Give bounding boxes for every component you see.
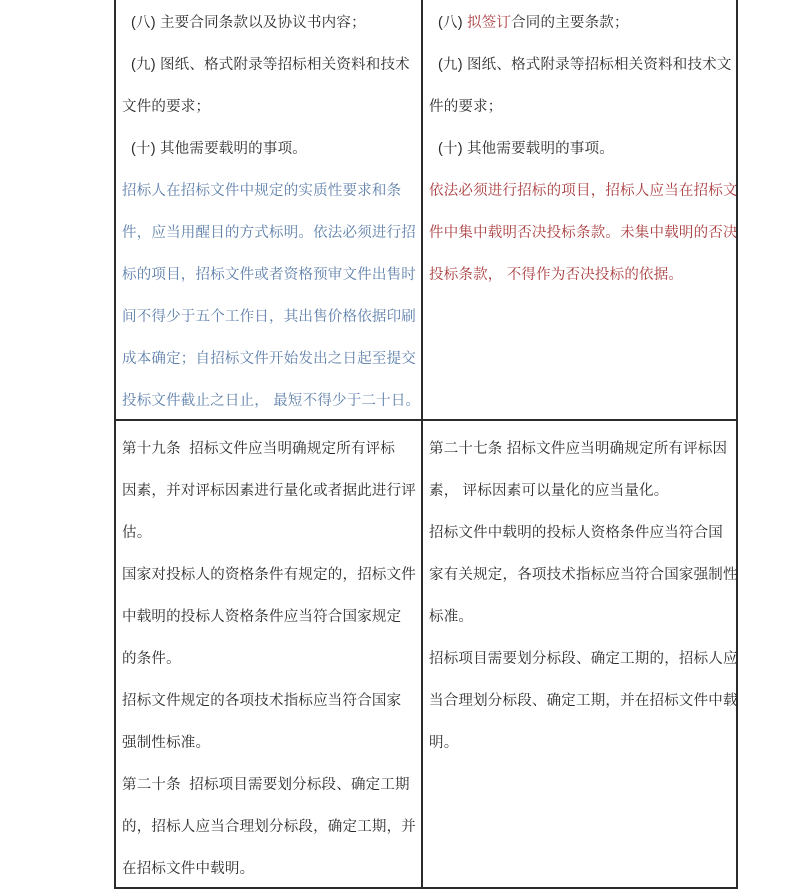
text-segment: (八) <box>438 11 467 32</box>
text-line: 招标人在招标文件中规定的实质性要求和条 <box>122 168 417 210</box>
text-line: 标准。 <box>429 594 732 636</box>
table-cell-right-row2: 第二十七条 招标文件应当明确规定所有评标因素， 评标因素可以量化的应当量化。招标… <box>423 421 736 888</box>
text-line: 文件的要求； <box>122 84 417 126</box>
text-line: 投标条款， 不得作为否决投标的依据。 <box>429 252 732 294</box>
text-segment: 文件的要求； <box>122 95 210 116</box>
text-segment: 当合理划分标段、确定工期，并在招标文件中载 <box>429 689 736 710</box>
text-segment: 招标文件规定的各项技术指标应当符合国家 <box>122 689 401 710</box>
text-line: 件的要求； <box>429 84 732 126</box>
text-line: (九) 图纸、格式附录等招标相关资料和技术文 <box>429 42 732 84</box>
table-cell-left-row1: (八) 主要合同条款以及协议书内容；(九) 图纸、格式附录等招标相关资料和技术文… <box>116 0 423 419</box>
text-line: 招标项目需要划分标段、确定工期的，招标人应 <box>429 636 732 678</box>
text-segment: 合同的主要条款； <box>511 11 629 32</box>
text-line: 第二十七条 招标文件应当明确规定所有评标因 <box>429 426 732 468</box>
text-segment: 件，应当用醒目的方式标明。依法必须进行招 <box>122 221 416 242</box>
text-segment: 第二十条 招标项目需要划分标段、确定工期 <box>122 773 410 794</box>
text-segment: 估。 <box>122 521 151 542</box>
text-line: 强制性标准。 <box>122 720 417 762</box>
table-cell-right-row1: (八) 拟签订合同的主要条款；(九) 图纸、格式附录等招标相关资料和技术文件的要… <box>423 0 736 419</box>
text-segment: 件的要求； <box>429 95 503 116</box>
text-segment: 第二十七条 招标文件应当明确规定所有评标因 <box>429 437 727 458</box>
text-segment: 的条件。 <box>122 647 181 668</box>
text-line: 投标文件截止之日止， 最短不得少于二十日。 <box>122 378 417 419</box>
comparison-table: (八) 主要合同条款以及协议书内容；(九) 图纸、格式附录等招标相关资料和技术文… <box>114 0 738 889</box>
text-line: 在招标文件中载明。 <box>122 846 417 888</box>
text-segment: 因素，并对评标因素进行量化或者据此进行评 <box>122 479 416 500</box>
text-segment: 中载明的投标人资格条件应当符合国家规定 <box>122 605 401 626</box>
text-line: 依法必须进行招标的项目，招标人应当在招标文 <box>429 168 732 210</box>
text-line: 素， 评标因素可以量化的应当量化。 <box>429 468 732 510</box>
text-line: 间不得少于五个工作日，其出售价格依据印刷 <box>122 294 417 336</box>
text-line: 国家对投标人的资格条件有规定的，招标文件 <box>122 552 417 594</box>
text-segment: 素， 评标因素可以量化的应当量化。 <box>429 479 668 500</box>
text-segment: (九) 图纸、格式附录等招标相关资料和技术 <box>131 53 410 74</box>
text-segment: 的，招标人应当合理划分标段，确定工期，并 <box>122 815 416 836</box>
text-line: 明。 <box>429 720 732 762</box>
text-segment: 投标文件截止之日止， 最短不得少于二十日。 <box>122 389 420 410</box>
text-line: 的，招标人应当合理划分标段，确定工期，并 <box>122 804 417 846</box>
table-row: 第十九条 招标文件应当明确规定所有评标因素，并对评标因素进行量化或者据此进行评估… <box>116 421 736 888</box>
text-line: 标的项目，招标文件或者资格预审文件出售时 <box>122 252 417 294</box>
text-line: 因素，并对评标因素进行量化或者据此进行评 <box>122 468 417 510</box>
text-line: 件，应当用醒目的方式标明。依法必须进行招 <box>122 210 417 252</box>
text-line: (十) 其他需要载明的事项。 <box>429 126 732 168</box>
text-segment: 招标项目需要划分标段、确定工期的，招标人应 <box>429 647 736 668</box>
text-line: 件中集中载明否决投标条款。未集中载明的否决 <box>429 210 732 252</box>
text-segment: 明。 <box>429 731 458 752</box>
text-line: 成本确定；自招标文件开始发出之日起至提交 <box>122 336 417 378</box>
text-segment: 件中集中载明否决投标条款。未集中载明的否决 <box>429 221 736 242</box>
text-segment: 国家对投标人的资格条件有规定的，招标文件 <box>122 563 416 584</box>
text-line: 当合理划分标段、确定工期，并在招标文件中载 <box>429 678 732 720</box>
text-line: 估。 <box>122 510 417 552</box>
text-line: 中载明的投标人资格条件应当符合国家规定 <box>122 594 417 636</box>
text-line: (八) 主要合同条款以及协议书内容； <box>122 0 417 42</box>
text-segment: (十) 其他需要载明的事项。 <box>131 137 307 158</box>
text-segment: (八) 主要合同条款以及协议书内容； <box>131 11 366 32</box>
text-segment: 依法必须进行招标的项目，招标人应当在招标文 <box>429 179 736 200</box>
text-segment: 强制性标准。 <box>122 731 210 752</box>
table-row: (八) 主要合同条款以及协议书内容；(九) 图纸、格式附录等招标相关资料和技术文… <box>116 0 736 421</box>
text-segment: 间不得少于五个工作日，其出售价格依据印刷 <box>122 305 416 326</box>
text-segment: 投标条款， 不得作为否决投标的依据。 <box>429 263 683 284</box>
text-segment: 标的项目，招标文件或者资格预审文件出售时 <box>122 263 416 284</box>
text-segment: 招标人在招标文件中规定的实质性要求和条 <box>122 179 401 200</box>
document-page: (八) 主要合同条款以及协议书内容；(九) 图纸、格式附录等招标相关资料和技术文… <box>0 0 800 896</box>
text-line: 第十九条 招标文件应当明确规定所有评标 <box>122 426 417 468</box>
text-line: 的条件。 <box>122 636 417 678</box>
text-line: (九) 图纸、格式附录等招标相关资料和技术 <box>122 42 417 84</box>
text-segment: 在招标文件中载明。 <box>122 857 254 878</box>
text-segment: 成本确定；自招标文件开始发出之日起至提交 <box>122 347 416 368</box>
text-segment: (九) 图纸、格式附录等招标相关资料和技术文 <box>438 53 732 74</box>
text-segment: 家有关规定，各项技术指标应当符合国家强制性 <box>429 563 736 584</box>
text-line: 第二十条 招标项目需要划分标段、确定工期 <box>122 762 417 804</box>
text-segment: (十) 其他需要载明的事项。 <box>438 137 614 158</box>
text-line: 招标文件规定的各项技术指标应当符合国家 <box>122 678 417 720</box>
text-segment: 招标文件中载明的投标人资格条件应当符合国 <box>429 521 723 542</box>
text-line: 家有关规定，各项技术指标应当符合国家强制性 <box>429 552 732 594</box>
text-segment: 拟签订 <box>467 11 511 32</box>
text-line: (八) 拟签订合同的主要条款； <box>429 0 732 42</box>
text-segment: 标准。 <box>429 605 473 626</box>
text-line: (十) 其他需要载明的事项。 <box>122 126 417 168</box>
text-line: 招标文件中载明的投标人资格条件应当符合国 <box>429 510 732 552</box>
text-segment: 第十九条 招标文件应当明确规定所有评标 <box>122 437 395 458</box>
table-cell-left-row2: 第十九条 招标文件应当明确规定所有评标因素，并对评标因素进行量化或者据此进行评估… <box>116 421 423 888</box>
